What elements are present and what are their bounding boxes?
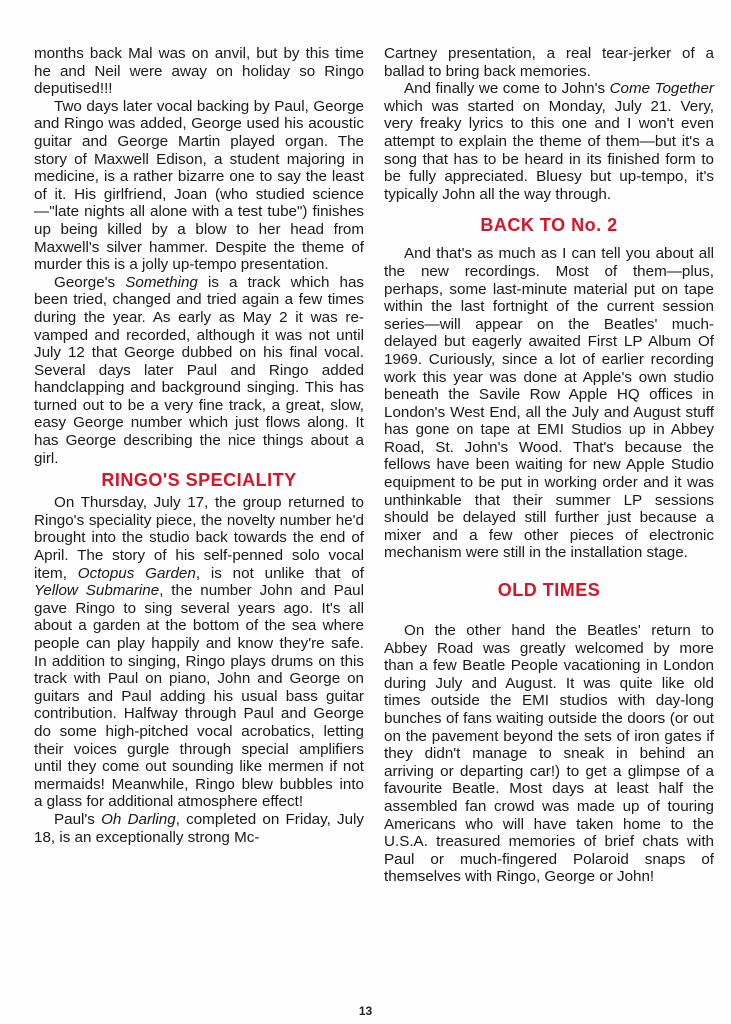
left-column: months back Mal was on anvil, but by thi… bbox=[34, 45, 364, 846]
paragraph: On Thursday, July 17, the group returned… bbox=[34, 494, 364, 811]
paragraph: Two days later vocal backing by Paul, Ge… bbox=[34, 98, 364, 274]
paragraph: On the other hand the Beatles' return to… bbox=[384, 622, 714, 886]
song-title: Yellow Submarine bbox=[34, 582, 159, 599]
paragraph-text: And finally we come to John's bbox=[404, 80, 610, 97]
paragraph-text: Paul's bbox=[54, 811, 101, 828]
paragraph-text: which was started on Monday, July 21. Ve… bbox=[384, 98, 714, 203]
song-title: Come Together bbox=[610, 80, 714, 97]
paragraph-text: , is not unlike that of bbox=[196, 565, 364, 582]
section-heading-ringos-speciality: RINGO'S SPECIALITY bbox=[34, 470, 364, 490]
paragraph-text: is a track which has been tried, changed… bbox=[34, 274, 364, 467]
paragraph: And finally we come to John's Come Toget… bbox=[384, 80, 714, 203]
paragraph: Cartney presentation, a real tear-jerker… bbox=[384, 45, 714, 80]
song-title: Octopus Garden bbox=[78, 565, 196, 582]
paragraph: Paul's Oh Darling, completed on Friday, … bbox=[34, 811, 364, 846]
paragraph: George's Something is a track which has … bbox=[34, 274, 364, 468]
section-heading-old-times: OLD TIMES bbox=[384, 580, 714, 600]
paragraph: And that's as much as I can tell you abo… bbox=[384, 245, 714, 562]
paragraph-text: Two days later vocal backing by Paul, Ge… bbox=[34, 98, 364, 273]
paragraph-text: George's bbox=[54, 274, 125, 291]
song-title: Something bbox=[125, 274, 198, 291]
right-column: Cartney presentation, a real tear-jerker… bbox=[384, 45, 714, 886]
section-heading-back-to-no-2: BACK TO No. 2 bbox=[384, 215, 714, 235]
page-number: 13 bbox=[0, 1004, 731, 1018]
song-title: Oh Darling bbox=[101, 811, 176, 828]
paragraph: months back Mal was on anvil, but by thi… bbox=[34, 45, 364, 98]
paragraph-text: , the number John and Paul gave Ringo to… bbox=[34, 582, 364, 810]
